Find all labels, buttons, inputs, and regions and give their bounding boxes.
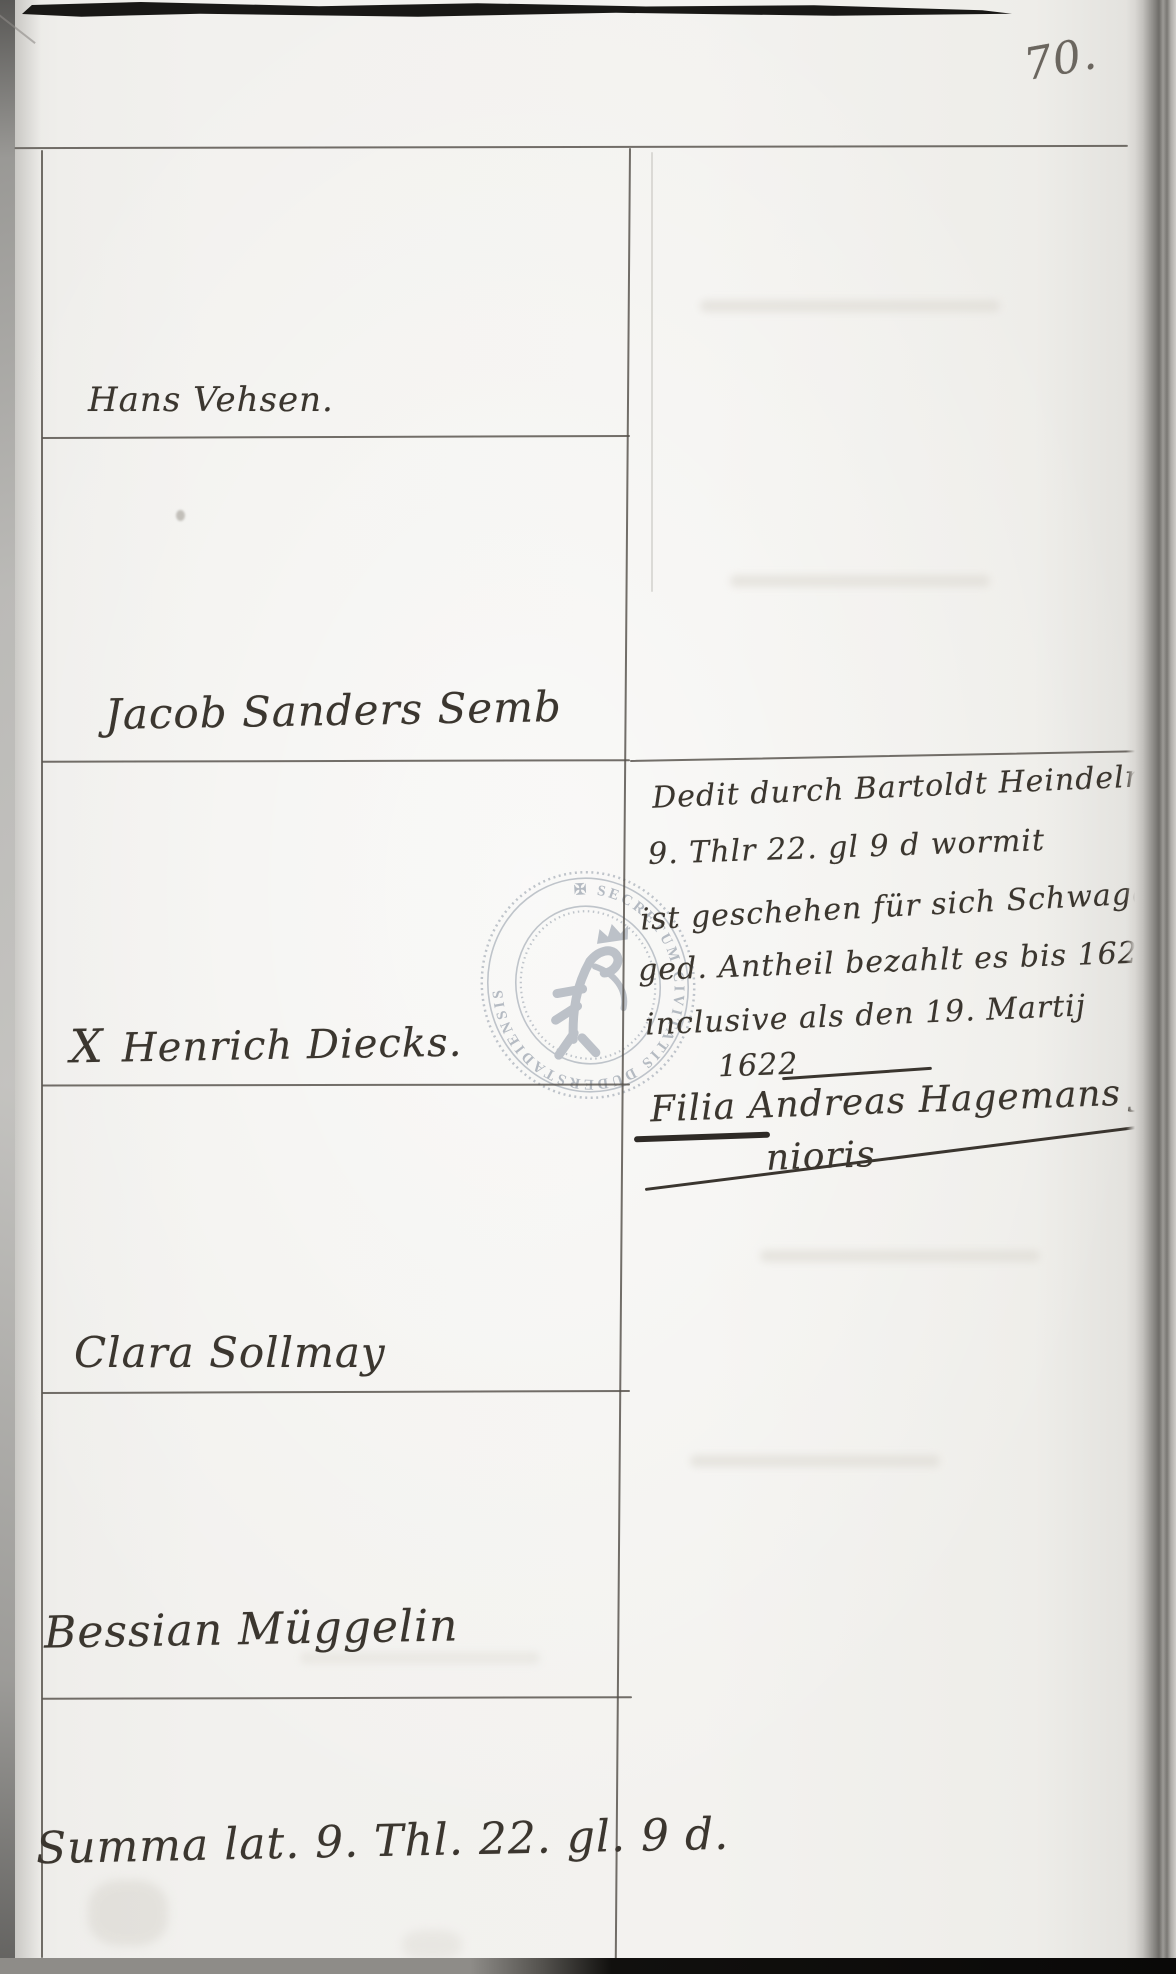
ledger-entry-name: XHenrich Diecks. [70, 1013, 463, 1074]
payment-note-year: 1622 [717, 1047, 799, 1085]
spine-shadow [15, 0, 41, 1974]
summa-total-line: Summa lat. 9. Thl. 22. gl. 9 d. [36, 1809, 730, 1875]
bleed-through-mark [300, 1652, 540, 1664]
paper-stain [402, 1930, 462, 1960]
row-line-1 [42, 435, 630, 439]
ledger-entry-name: Jacob Sanders Semb [105, 682, 563, 739]
table-top-rule [14, 145, 1128, 149]
book-spine-edge [0, 0, 15, 1974]
ledger-entry-name: Bessian Müggelin [44, 1600, 459, 1658]
payment-note-line: ist geschehen für sich Schwagers ihres [640, 869, 1176, 937]
faint-double-rule [651, 152, 653, 592]
folio-number: 70. [1020, 28, 1101, 91]
bleed-through-mark [690, 1455, 940, 1467]
bleed-through-mark [730, 575, 990, 587]
page-top-edge [22, 2, 1012, 17]
entry-cross-mark: X [70, 1019, 105, 1074]
payment-note-line: Dedit durch Bartoldt Heindeln [651, 759, 1145, 815]
emphasis-dash [634, 1132, 770, 1143]
payment-note-line: 9. Thlr 22. gl 9 d wormit [648, 823, 1046, 872]
row-line-2-right [630, 750, 1148, 762]
book-fore-edge-stripes [1126, 0, 1176, 1974]
row-line-5 [42, 1696, 632, 1700]
paper-stain [88, 1880, 168, 1946]
ledger-entry-name: Hans Vehsen. [88, 380, 334, 420]
table-left-border [41, 150, 43, 1958]
year-underline-flourish [782, 1067, 932, 1080]
bleed-through-mark [760, 1250, 1040, 1262]
lion-crown-icon [594, 921, 631, 945]
payment-note-line: ged. Antheil bezahlt es bis 1621 [638, 935, 1159, 988]
ink-speck [176, 510, 185, 521]
row-line-2-left [42, 759, 630, 763]
ledger-entry-name: Clara Sollmay [74, 1328, 386, 1377]
rampant-lion-icon [542, 949, 633, 1059]
page-bottom-edge [0, 1958, 1176, 1974]
payment-note-line: inclusive als den 19. Martij [644, 988, 1086, 1042]
filia-note-line: nioris [765, 1134, 876, 1179]
bleed-through-mark [700, 300, 1000, 312]
manuscript-page: 70. Hans Vehsen. Jacob Sanders Semb XHen… [0, 0, 1176, 1974]
entry-name-text: Henrich Diecks. [121, 1020, 462, 1072]
row-line-4 [42, 1390, 630, 1394]
